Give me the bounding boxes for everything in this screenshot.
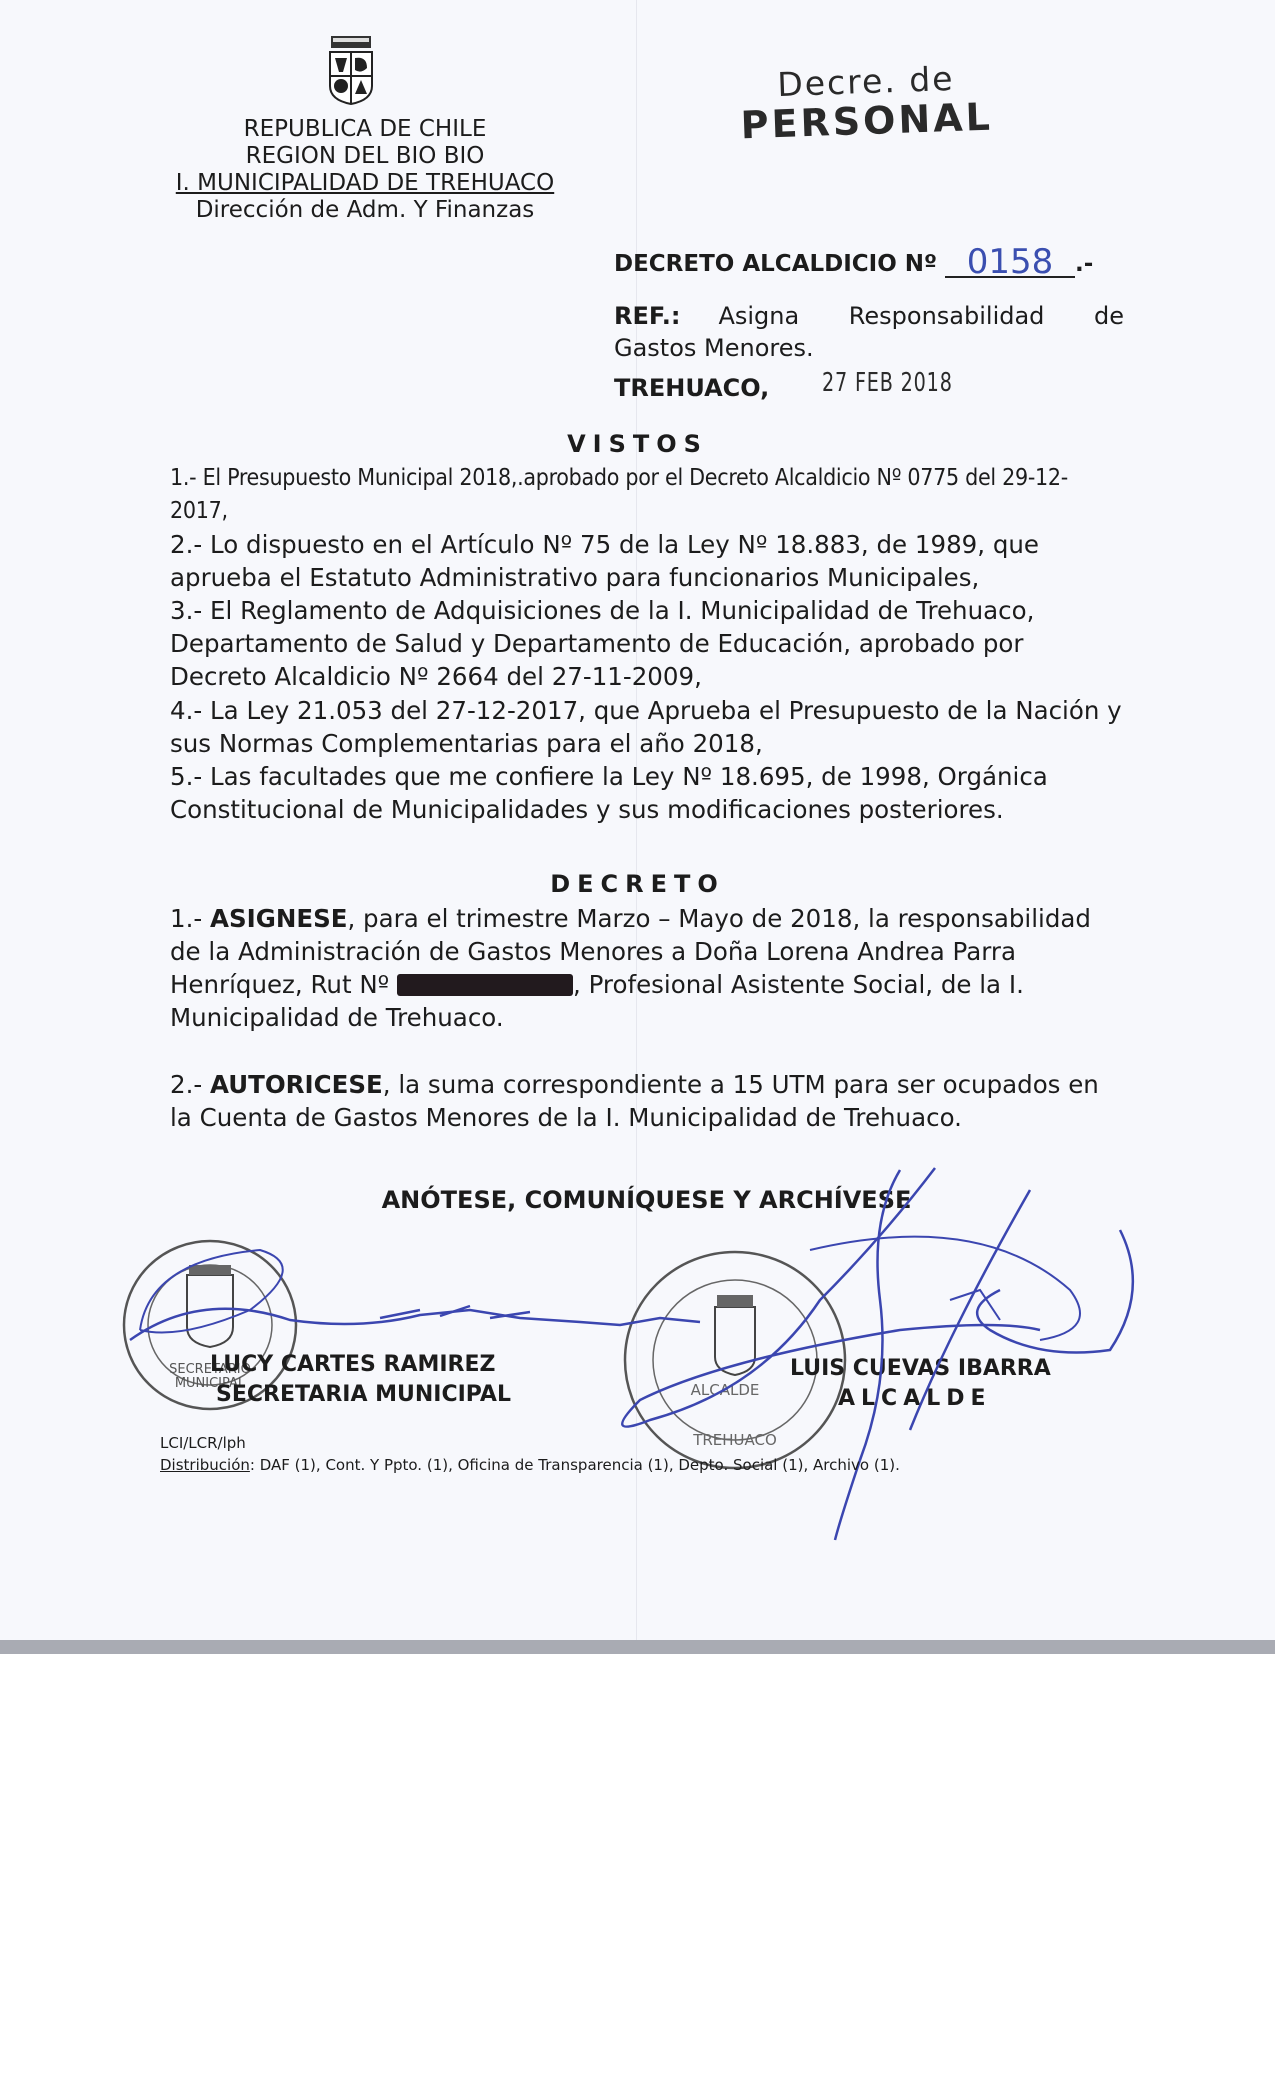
place: TREHUACO, (614, 374, 769, 402)
seal-inner-text: ALCALDE (691, 1381, 760, 1399)
secretary-name: LUCY CARTES RAMIREZ (210, 1350, 511, 1380)
vistos-item-5: 5.- Las facultades que me confiere la Le… (170, 760, 1125, 826)
vistos-item-2: 2.- Lo dispuesto en el Artículo Nº 75 de… (170, 528, 1125, 594)
secretary-signature-block: LUCY CARTES RAMIREZ SECRETARIA MUNICIPAL (210, 1350, 511, 1410)
decreto-heading: DECRETO (0, 870, 1275, 898)
decreto-item-2: 2.- AUTORICESE, la suma correspondiente … (170, 1068, 1125, 1134)
header-department: Dirección de Adm. Y Finanzas (140, 197, 590, 224)
distribution-list: Distribución: DAF (1), Cont. Y Ppto. (1)… (160, 1454, 900, 1476)
vistos-item-3: 3.- El Reglamento de Adquisiciones de la… (170, 594, 1125, 693)
header-country: REPUBLICA DE CHILE (140, 116, 590, 143)
document-footer: LCI/LCR/lph Distribución: DAF (1), Cont.… (160, 1432, 900, 1476)
decreto-item-1: 1.- ASIGNESE, para el trimestre Marzo – … (170, 902, 1125, 1034)
secretary-title: SECRETARIA MUNICIPAL (210, 1380, 511, 1410)
issuer-header: REPUBLICA DE CHILE REGION DEL BIO BIO I.… (140, 116, 590, 224)
typist-initials: LCI/LCR/lph (160, 1432, 900, 1454)
mayor-name: LUIS CUEVAS IBARRA (790, 1354, 1051, 1384)
decree-number-line: DECRETO ALCALDICIO Nº 0158.- (614, 248, 1093, 278)
closing-formula: ANÓTESE, COMUNÍQUESE Y ARCHÍVESE (0, 1186, 1275, 1214)
vistos-item-4: 4.- La Ley 21.053 del 27-12-2017, que Ap… (170, 694, 1125, 760)
decreto-item-1-verb: ASIGNESE (210, 904, 347, 933)
stamp-line-2: PERSONAL (740, 95, 994, 148)
header-region: REGION DEL BIO BIO (140, 143, 590, 170)
header-municipality: I. MUNICIPALIDAD DE TREHUACO (140, 170, 590, 197)
distribution-label: Distribución (160, 1456, 250, 1474)
reference-label: REF.: (614, 302, 680, 330)
date-stamp: 27 FEB 2018 (822, 368, 953, 398)
municipal-coat-of-arms-icon (325, 34, 377, 106)
redacted-rut (397, 974, 573, 996)
decreto-item-2-verb: AUTORICESE (210, 1070, 383, 1099)
reference: REF.:Asigna Responsabilidad de Gastos Me… (614, 300, 1124, 364)
decree-number-suffix: .- (1075, 251, 1093, 277)
decree-number: 0158 (945, 248, 1075, 278)
vistos-item-1: 1.- El Presupuesto Municipal 2018,.aprob… (170, 462, 1125, 528)
scan-bottom-edge (0, 1640, 1275, 1654)
mayor-signature-block: LUIS CUEVAS IBARRA ALCALDE (790, 1354, 1051, 1414)
personal-decree-stamp: Decre. de PERSONAL (739, 58, 994, 148)
reference-text: Asigna Responsabilidad de Gastos Menores… (614, 302, 1124, 362)
decree-number-label: DECRETO ALCALDICIO Nº (614, 251, 937, 277)
vistos-heading: VISTOS (0, 430, 1275, 458)
mayor-title: ALCALDE (790, 1384, 1051, 1414)
